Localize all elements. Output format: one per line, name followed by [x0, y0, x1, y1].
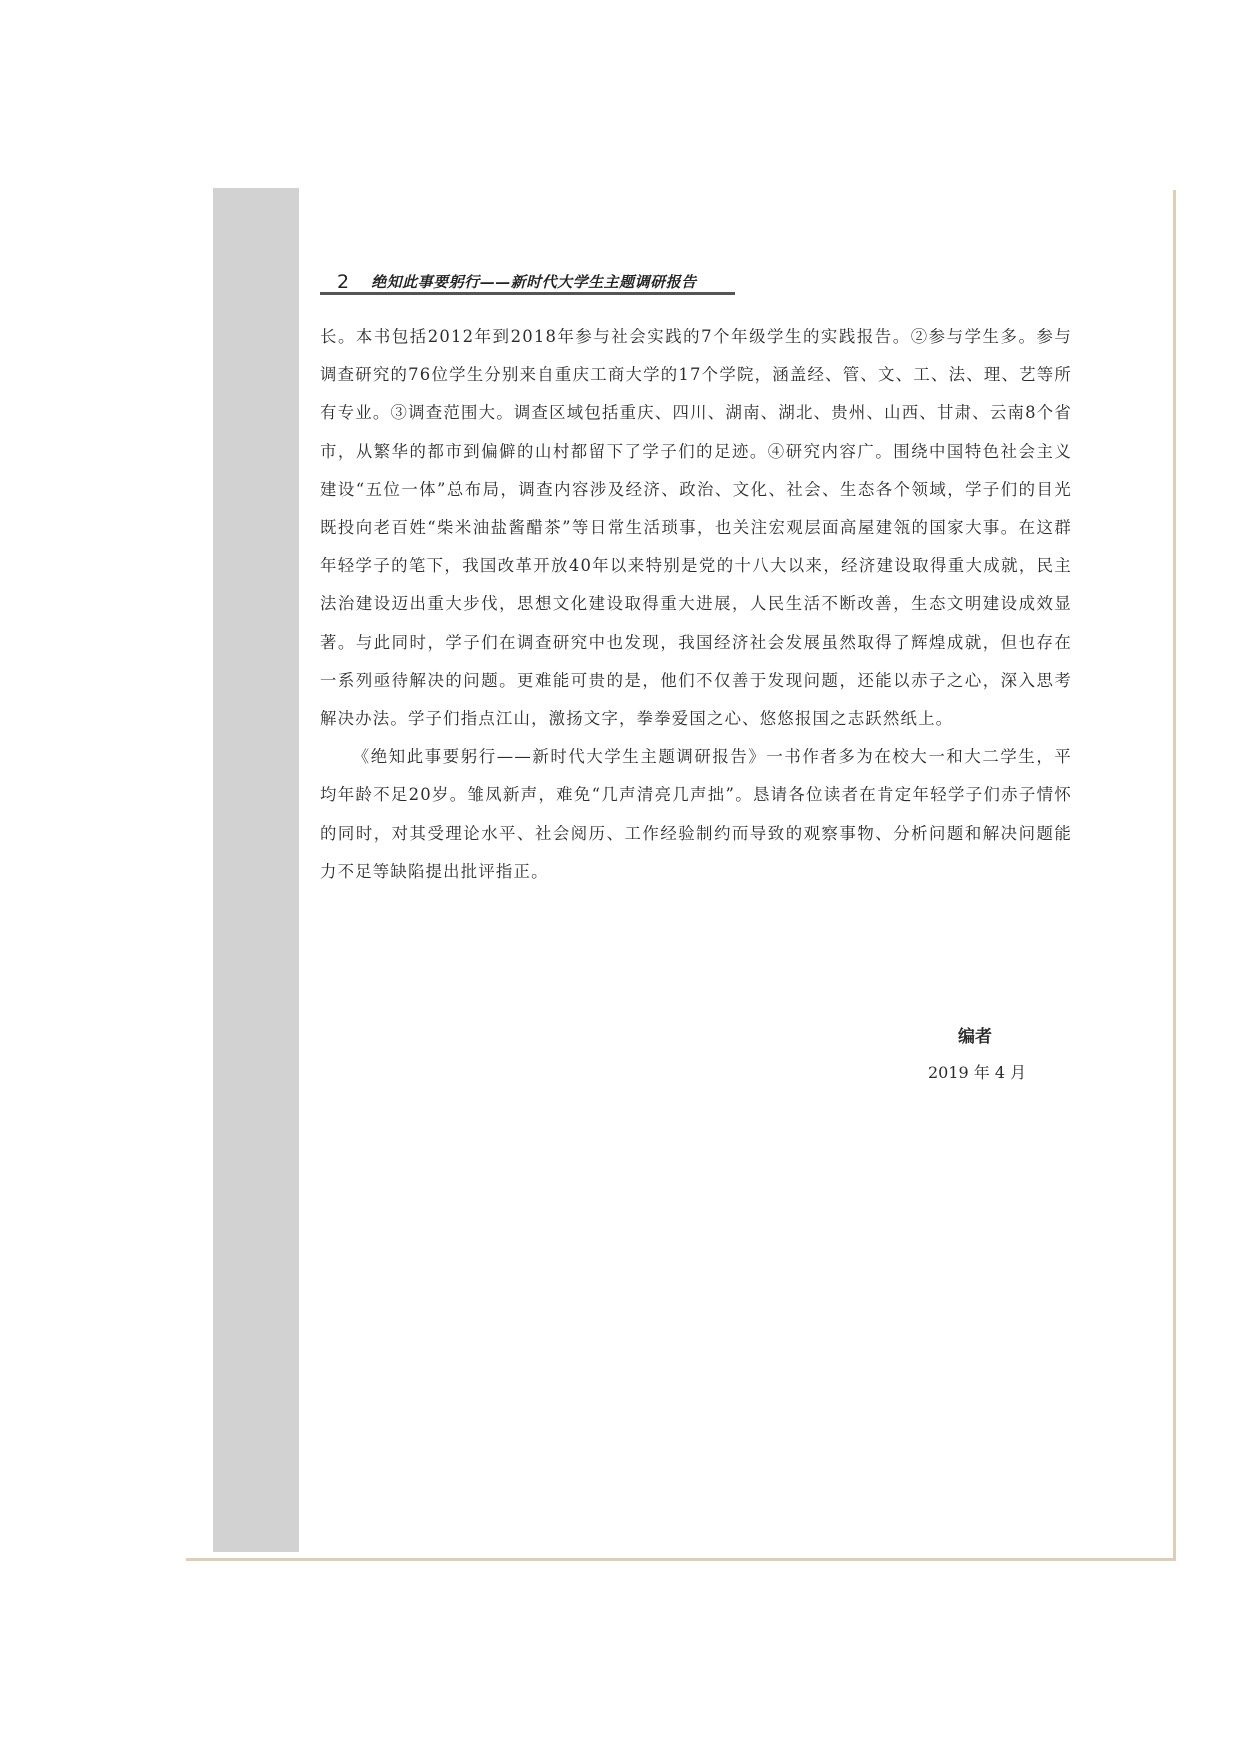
- running-head: 2 绝知此事要躬行——新时代大学生主题调研报告: [333, 266, 733, 294]
- running-head-title: 绝知此事要躬行——新时代大学生主题调研报告: [371, 270, 697, 294]
- page-frame-bottom-edge: [186, 1558, 1176, 1561]
- page-frame-right-edge: [1173, 190, 1176, 1561]
- signature-author: 编者: [958, 1022, 992, 1047]
- page-number: 2: [337, 270, 349, 294]
- paragraph-2: 《绝知此事要躬行——新时代大学生主题调研报告》一书作者多为在校大一和大二学生，平…: [320, 738, 1072, 891]
- page-gutter-bar: [213, 188, 299, 1552]
- running-head-rule: [320, 292, 735, 295]
- signature-date: 2019 年 4 月: [928, 1060, 1026, 1083]
- paragraph-1: 长。本书包括2012年到2018年参与社会实践的7个年级学生的实践报告。②参与学…: [320, 318, 1072, 738]
- body-text: 长。本书包括2012年到2018年参与社会实践的7个年级学生的实践报告。②参与学…: [320, 318, 1072, 891]
